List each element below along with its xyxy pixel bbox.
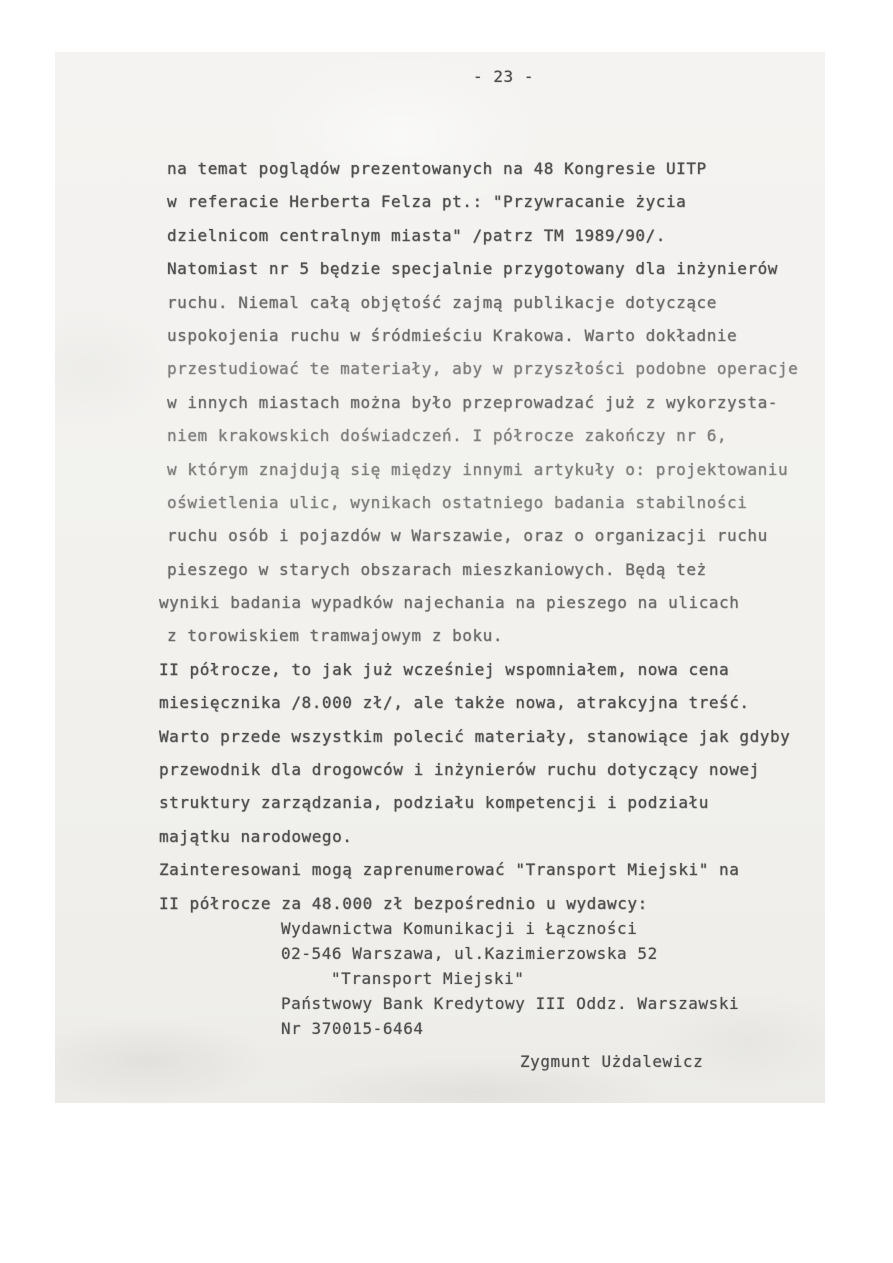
- publisher-address-block: Wydawnictwa Komunikacji i Łączności 02-5…: [281, 916, 739, 1041]
- body-line: niem krakowskich doświadczeń. I półrocze…: [167, 419, 817, 452]
- page-number: - 23 -: [473, 67, 534, 86]
- body-line: majątku narodowego.: [159, 820, 817, 853]
- body-line: w referacie Herberta Felza pt.: "Przywra…: [167, 185, 817, 218]
- publisher-name: Wydawnictwa Komunikacji i Łączności: [281, 916, 739, 941]
- body-line: Zainteresowani mogą zaprenumerować "Tran…: [159, 853, 817, 886]
- magazine-title: "Transport Miejski": [331, 966, 739, 991]
- body-line: dzielnicom centralnym miasta" /patrz TM …: [167, 219, 817, 252]
- body-line: przestudiować te materiały, aby w przysz…: [167, 352, 817, 385]
- bank-name: Państwowy Bank Kredytowy III Oddz. Warsz…: [281, 991, 739, 1016]
- body-line: Natomiast nr 5 będzie specjalnie przygot…: [167, 252, 817, 285]
- body-line: z torowiskiem tramwajowym z boku.: [167, 619, 817, 652]
- body-line: ruchu osób i pojazdów w Warszawie, oraz …: [167, 519, 817, 552]
- signature: Zygmunt Użdalewicz: [520, 1052, 703, 1071]
- body-line: na temat poglądów prezentowanych na 48 K…: [167, 152, 817, 185]
- bank-account-number: Nr 370015-6464: [281, 1016, 739, 1041]
- scanned-page: - 23 - na temat poglądów prezentowanych …: [55, 52, 825, 1103]
- body-line: uspokojenia ruchu w śródmieściu Krakowa.…: [167, 319, 817, 352]
- body-text: na temat poglądów prezentowanych na 48 K…: [167, 152, 817, 920]
- publisher-street-address: 02-546 Warszawa, ul.Kazimierzowska 52: [281, 941, 739, 966]
- scan-canvas: - 23 - na temat poglądów prezentowanych …: [0, 0, 893, 1263]
- body-line: w którym znajdują się między innymi arty…: [167, 453, 817, 486]
- body-line: Warto przede wszystkim polecić materiały…: [159, 720, 817, 753]
- body-line: II półrocze, to jak już wcześniej wspomn…: [159, 653, 817, 686]
- body-line: II półrocze za 48.000 zł bezpośrednio u …: [159, 887, 817, 920]
- body-line: oświetlenia ulic, wynikach ostatniego ba…: [167, 486, 817, 519]
- body-line: wyniki badania wypadków najechania na pi…: [159, 586, 817, 619]
- body-line: pieszego w starych obszarach mieszkaniow…: [167, 553, 817, 586]
- body-line: ruchu. Niemal całą objętość zajmą publik…: [167, 286, 817, 319]
- body-line: w innych miastach można było przeprowadz…: [167, 386, 817, 419]
- body-line: miesięcznika /8.000 zł/, ale także nowa,…: [159, 686, 817, 719]
- body-line: struktury zarządzania, podziału kompeten…: [159, 786, 817, 819]
- body-line: przewodnik dla drogowców i inżynierów ru…: [159, 753, 817, 786]
